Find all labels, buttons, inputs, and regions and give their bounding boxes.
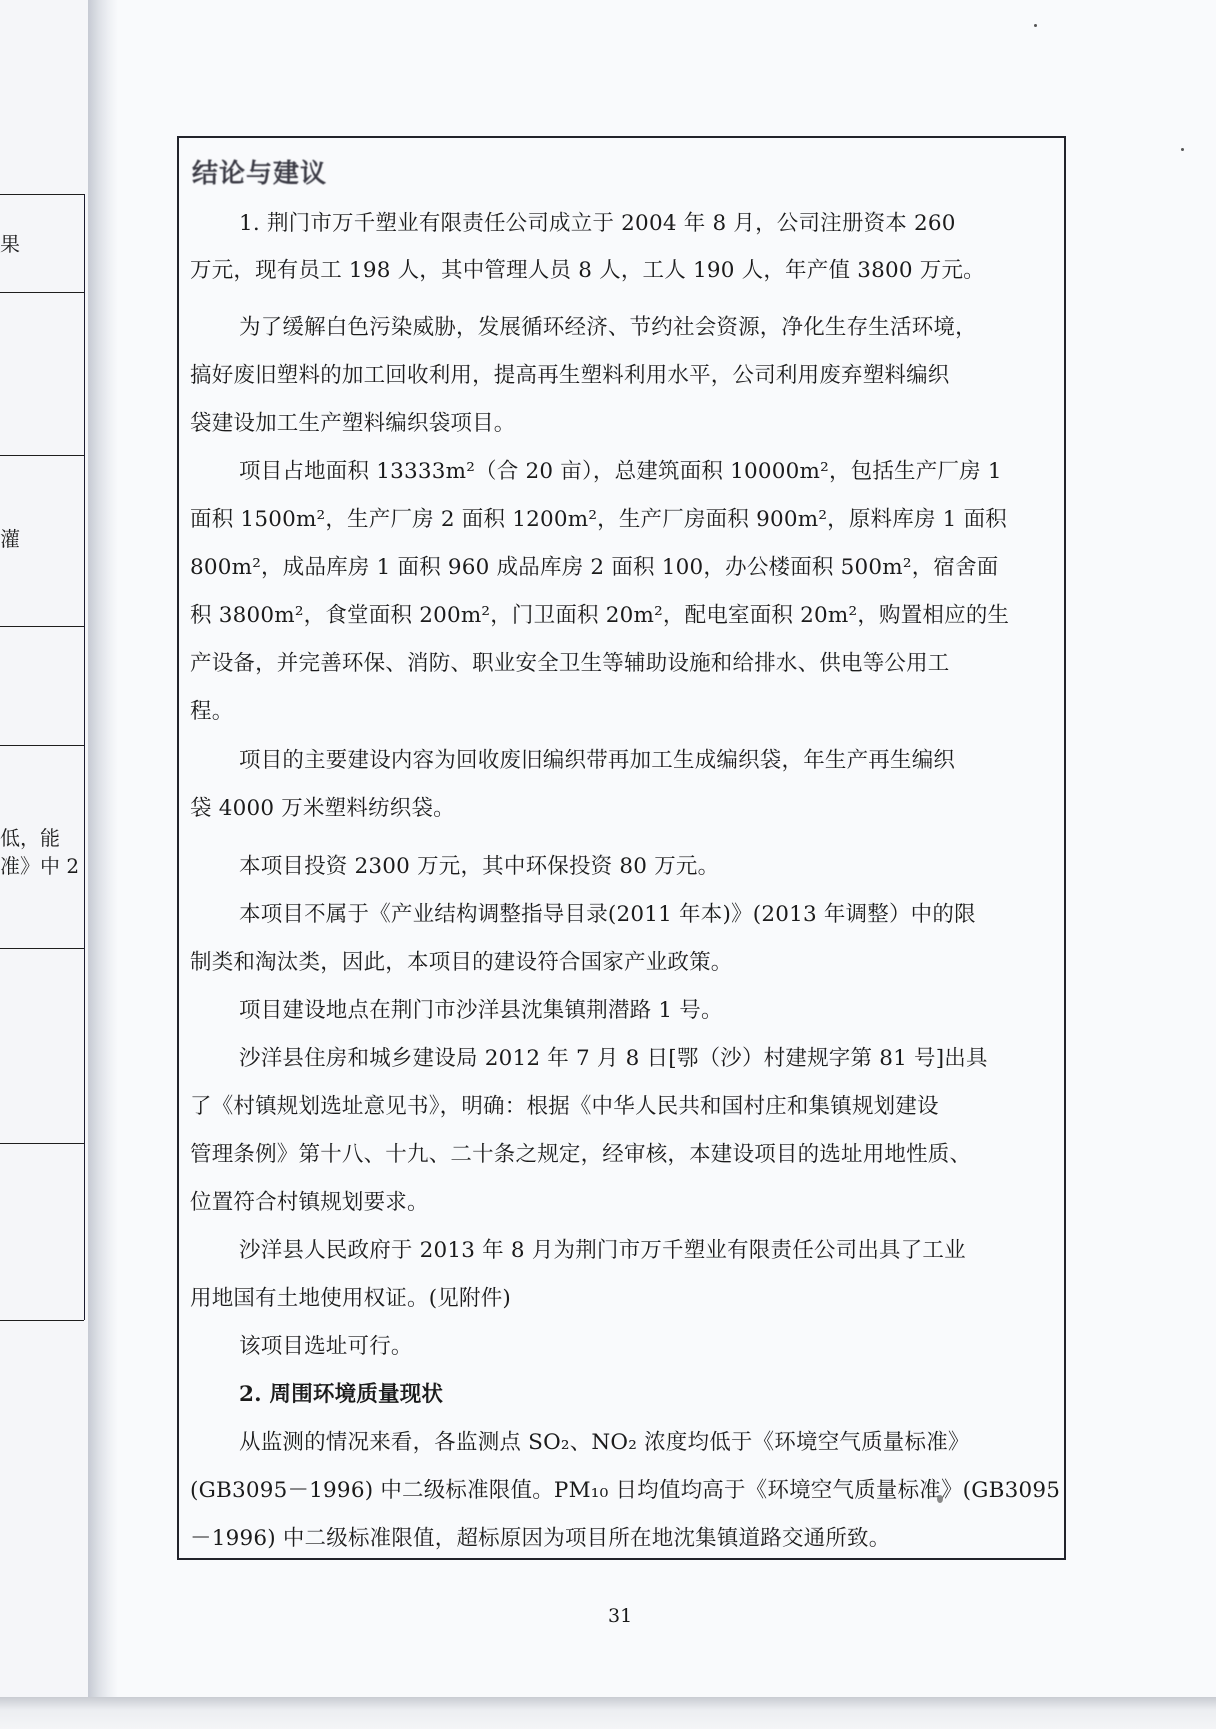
text-line: 万元，现有员工 198 人，其中管理人员 8 人，工人 190 人，年产值 38… bbox=[190, 253, 985, 284]
table-row-line bbox=[0, 626, 84, 627]
scan-speck bbox=[1034, 24, 1037, 27]
table-row-line bbox=[0, 745, 84, 746]
left-page-text-fragment: 低，能 bbox=[0, 822, 60, 851]
text-line: 袋建设加工生产塑料编织袋项目。 bbox=[190, 406, 516, 437]
text-line: 制类和淘汰类，因此，本项目的建设符合国家产业政策。 bbox=[190, 945, 733, 976]
text-line: 该项目选址可行。 bbox=[239, 1329, 413, 1360]
text-line: 产设备，并完善环保、消防、职业安全卫生等辅助设施和给排水、供电等公用工 bbox=[190, 646, 950, 677]
text-line: 搞好废旧塑料的加工回收利用，提高再生塑料利用水平，公司利用废弃塑料编织 bbox=[190, 358, 950, 389]
text-line: 管理条例》第十八、十九、二十条之规定，经审核，本建设项目的选址用地性质、 bbox=[190, 1137, 971, 1168]
text-line: 程。 bbox=[190, 694, 233, 725]
text-line: 1. 荆门市万千塑业有限责任公司成立于 2004 年 8 月，公司注册资本 26… bbox=[239, 206, 956, 237]
text-line: －1996) 中二级标准限值，超标原因为项目所在地沈集镇道路交通所致。 bbox=[190, 1521, 890, 1552]
text-line: 本项目不属于《产业结构调整指导目录(2011 年本)》(2013 年调整）中的限 bbox=[239, 897, 976, 928]
scan-speck bbox=[937, 1495, 943, 1503]
conclusion-section-box: 结论与建议 1. 荆门市万千塑业有限责任公司成立于 2004 年 8 月，公司注… bbox=[177, 136, 1066, 1560]
text-line: 项目占地面积 13333m²（合 20 亩），总建筑面积 10000m²，包括生… bbox=[239, 454, 1002, 485]
text-line: 积 3800m²，食堂面积 200m²，门卫面积 20m²，配电室面积 20m²… bbox=[190, 598, 1009, 629]
left-page-table bbox=[0, 194, 85, 1320]
book-spine-shadow bbox=[88, 0, 118, 1697]
page-bottom-shadow bbox=[0, 1697, 1216, 1729]
left-page-text-fragment: 果 bbox=[0, 228, 20, 257]
text-line: 本项目投资 2300 万元，其中环保投资 80 万元。 bbox=[239, 849, 719, 880]
text-line: 项目建设地点在荆门市沙洋县沈集镇荆潜路 1 号。 bbox=[239, 993, 723, 1024]
text-line: 从监测的情况来看，各监测点 SO₂、NO₂ 浓度均低于《环境空气质量标准》 bbox=[239, 1425, 970, 1456]
text-line: 项目的主要建设内容为回收废旧编织带再加工生成编织袋，年生产再生编织 bbox=[239, 743, 955, 774]
text-line: 位置符合村镇规划要求。 bbox=[190, 1185, 429, 1216]
text-line: 了《村镇规划选址意见书》，明确：根据《中华人民共和国村庄和集镇规划建设 bbox=[190, 1089, 939, 1120]
scan-speck bbox=[1181, 148, 1184, 151]
left-page-text-fragment: 准》中 2 bbox=[0, 850, 79, 879]
text-line: (GB3095－1996) 中二级标准限值。PM₁₀ 日均值均高于《环境空气质量… bbox=[190, 1473, 1060, 1504]
text-line: 沙洋县人民政府于 2013 年 8 月为荆门市万千塑业有限责任公司出具了工业 bbox=[239, 1233, 966, 1264]
table-row-line bbox=[0, 948, 84, 949]
subsection-heading: 2. 周围环境质量现状 bbox=[239, 1377, 443, 1408]
page-number: 31 bbox=[608, 1605, 632, 1627]
table-row-line bbox=[0, 1320, 84, 1321]
text-line: 袋 4000 万米塑料纺织袋。 bbox=[190, 791, 455, 822]
text-line: 为了缓解白色污染威胁，发展循环经济、节约社会资源，净化生存生活环境， bbox=[239, 310, 977, 341]
table-row-line bbox=[0, 455, 84, 456]
left-page-text-fragment: 灌 bbox=[0, 523, 20, 552]
table-row-line bbox=[0, 292, 84, 293]
text-line: 800m²，成品库房 1 面积 960 成品库房 2 面积 100，办公楼面积 … bbox=[190, 550, 999, 581]
left-page-edge: 果 灌 低，能 准》中 2 bbox=[0, 0, 92, 1697]
table-row-line bbox=[0, 1143, 84, 1144]
text-line: 面积 1500m²，生产厂房 2 面积 1200m²，生产厂房面积 900m²，… bbox=[190, 502, 1007, 533]
table-row-line bbox=[0, 194, 84, 195]
section-title: 结论与建议 bbox=[192, 153, 327, 190]
text-line: 用地国有土地使用权证。(见附件) bbox=[190, 1281, 511, 1312]
text-line: 沙洋县住房和城乡建设局 2012 年 7 月 8 日[鄂（沙）村建规字第 81 … bbox=[239, 1041, 988, 1072]
